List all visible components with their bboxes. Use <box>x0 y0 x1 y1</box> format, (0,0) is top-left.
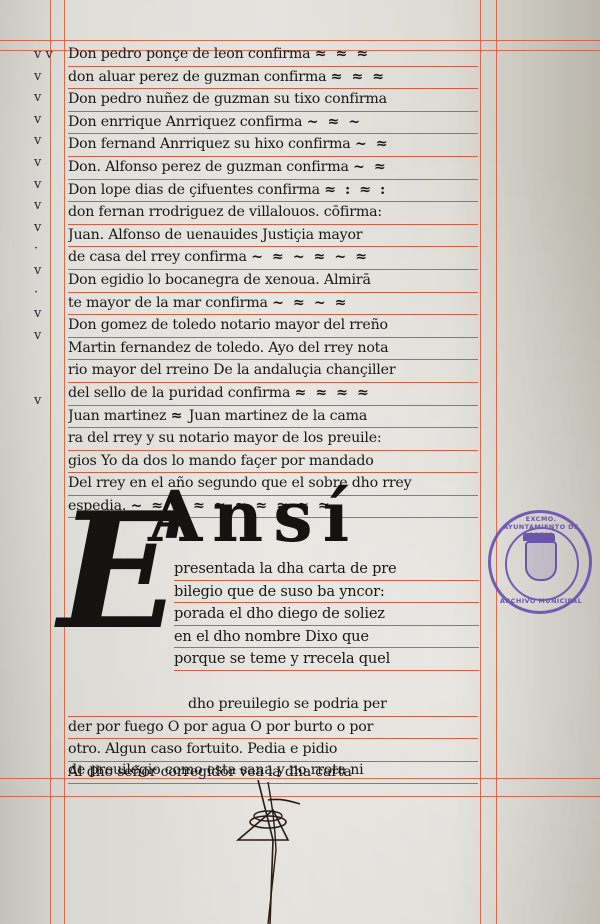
check-mark: v <box>34 260 64 282</box>
check-mark: v <box>34 303 64 325</box>
text-line: bilegio que de suso ba yncor: <box>174 581 479 604</box>
text-line: en el dho nombre Dixo que <box>174 626 479 649</box>
text-line: Don. Alfonso perez de guzman confirma ~ … <box>68 157 478 180</box>
text-line: te mayor de la mar confirma ~ ≈ ~ ≈ <box>68 293 478 316</box>
text-line: Don enrrique Anrriquez confirma ~ ≈ ~ <box>68 112 478 135</box>
text-line: Juan. Alfonso de uenauides Justiçia mayo… <box>68 225 478 248</box>
line-filler-flourish: ≈ ≈ ≈ <box>315 46 371 62</box>
text-line: Martin fernandez de toledo. Ayo del rrey… <box>68 338 478 361</box>
check-mark: v <box>34 195 64 217</box>
text-line: de preuilegio como esta sana y no rrota … <box>68 760 478 782</box>
margin-check-marks: v v v v v v v v v v · v · v v v <box>34 44 64 411</box>
check-mark: v <box>34 109 64 131</box>
check-mark: v <box>34 390 64 412</box>
line-filler-flourish: ~ ≈ ~ ≈ ~ ≈ <box>251 249 369 265</box>
line-filler-flourish: ≈ : ≈ : <box>324 182 387 198</box>
check-mark <box>34 346 64 368</box>
check-mark: v <box>34 174 64 196</box>
check-mark: v v <box>34 44 64 66</box>
stamp-bottom-text: ARCHIVO MUNICIPAL <box>497 597 585 605</box>
text-line: don fernan rrodriguez de villalouos. cōf… <box>68 202 478 225</box>
ruling-line-vertical <box>480 0 481 924</box>
line-filler-flourish: ~ ≈ ~ ≈ <box>272 295 348 311</box>
text-line: de casa del rrey confirma ~ ≈ ~ ≈ ~ ≈ <box>68 247 478 270</box>
text-line: Don pedro nuñez de guzman su tixo confir… <box>68 89 478 112</box>
check-mark: v <box>34 66 64 88</box>
confirmation-list: Don pedro ponçe de leon confirma ≈ ≈ ≈ d… <box>68 44 478 518</box>
text-line: Don pedro ponçe de leon confirma ≈ ≈ ≈ <box>68 44 478 67</box>
text-line: Don egidio lo bocanegra de xenoua. Almir… <box>68 270 478 293</box>
line-filler-flourish: ≈ <box>171 408 185 424</box>
check-mark: · <box>34 282 64 304</box>
signature-rubric-icon <box>228 780 318 924</box>
check-mark: · <box>34 238 64 260</box>
line-filler-flourish: ≈ ≈ ≈ <box>331 69 387 85</box>
text-line: otro. Algun caso fortuito. Pedia e pidio <box>68 739 478 762</box>
display-heading: Ansí <box>148 480 359 554</box>
crown-icon <box>523 533 555 541</box>
coat-of-arms-icon <box>525 541 557 581</box>
check-mark: v <box>34 87 64 109</box>
check-mark: v <box>34 325 64 347</box>
line-filler-flourish: ~ ≈ <box>353 159 388 175</box>
text-line: Don gomez de toledo notario mayor del rr… <box>68 315 478 338</box>
text-line: der por fuego O por agua O por burto o p… <box>68 717 478 740</box>
check-mark: v <box>34 130 64 152</box>
illuminated-section: E Ansí presentada la dha carta de pre bi… <box>58 486 478 676</box>
line-filler-flourish: ~ ≈ ~ <box>307 114 363 130</box>
check-mark: v <box>34 217 64 239</box>
ruling-line-horizontal <box>0 40 600 41</box>
closing-text-last: de preuilegio como esta sana y no rrota … <box>68 760 478 782</box>
text-line: presentada la dha carta de pre <box>174 558 479 581</box>
text-line: gios Yo da dos lo mando façer por mandad… <box>68 451 478 474</box>
ruling-line-vertical <box>496 0 497 924</box>
text-line: rio mayor del rreino De la andaluçia cha… <box>68 360 478 383</box>
text-line: porada el dho diego de soliez <box>174 603 479 626</box>
text-line: dho preuilegio se podria per <box>68 694 478 717</box>
check-mark <box>34 368 64 390</box>
manuscript-page: v v v v v v v v v v · v · v v v Don pedr… <box>0 0 600 924</box>
check-mark: v <box>34 152 64 174</box>
text-line: don aluar perez de guzman confirma ≈ ≈ ≈ <box>68 67 478 90</box>
text-line: del sello de la puridad confirma ≈ ≈ ≈ ≈ <box>68 383 478 406</box>
line-filler-flourish: ≈ ≈ ≈ ≈ <box>295 385 371 401</box>
text-line: porque se teme y rrecela quel <box>174 648 479 671</box>
ruling-line-vertical <box>64 0 65 924</box>
line-filler-flourish: ~ ≈ <box>355 136 390 152</box>
text-line: Don fernand Anrriquez su hixo confirma ~… <box>68 134 478 157</box>
archive-stamp: EXCMO. AYUNTAMIENTO DE SORIA ARCHIVO MUN… <box>488 510 592 614</box>
text-line: Juan martinez ≈ Juan martinez de la cama <box>68 406 478 429</box>
illuminated-text-lines: presentada la dha carta de pre bilegio q… <box>174 558 479 671</box>
text-line: ra del rrey y su notario mayor de los pr… <box>68 428 478 451</box>
text-line: Don lope dias de çifuentes confirma ≈ : … <box>68 180 478 203</box>
